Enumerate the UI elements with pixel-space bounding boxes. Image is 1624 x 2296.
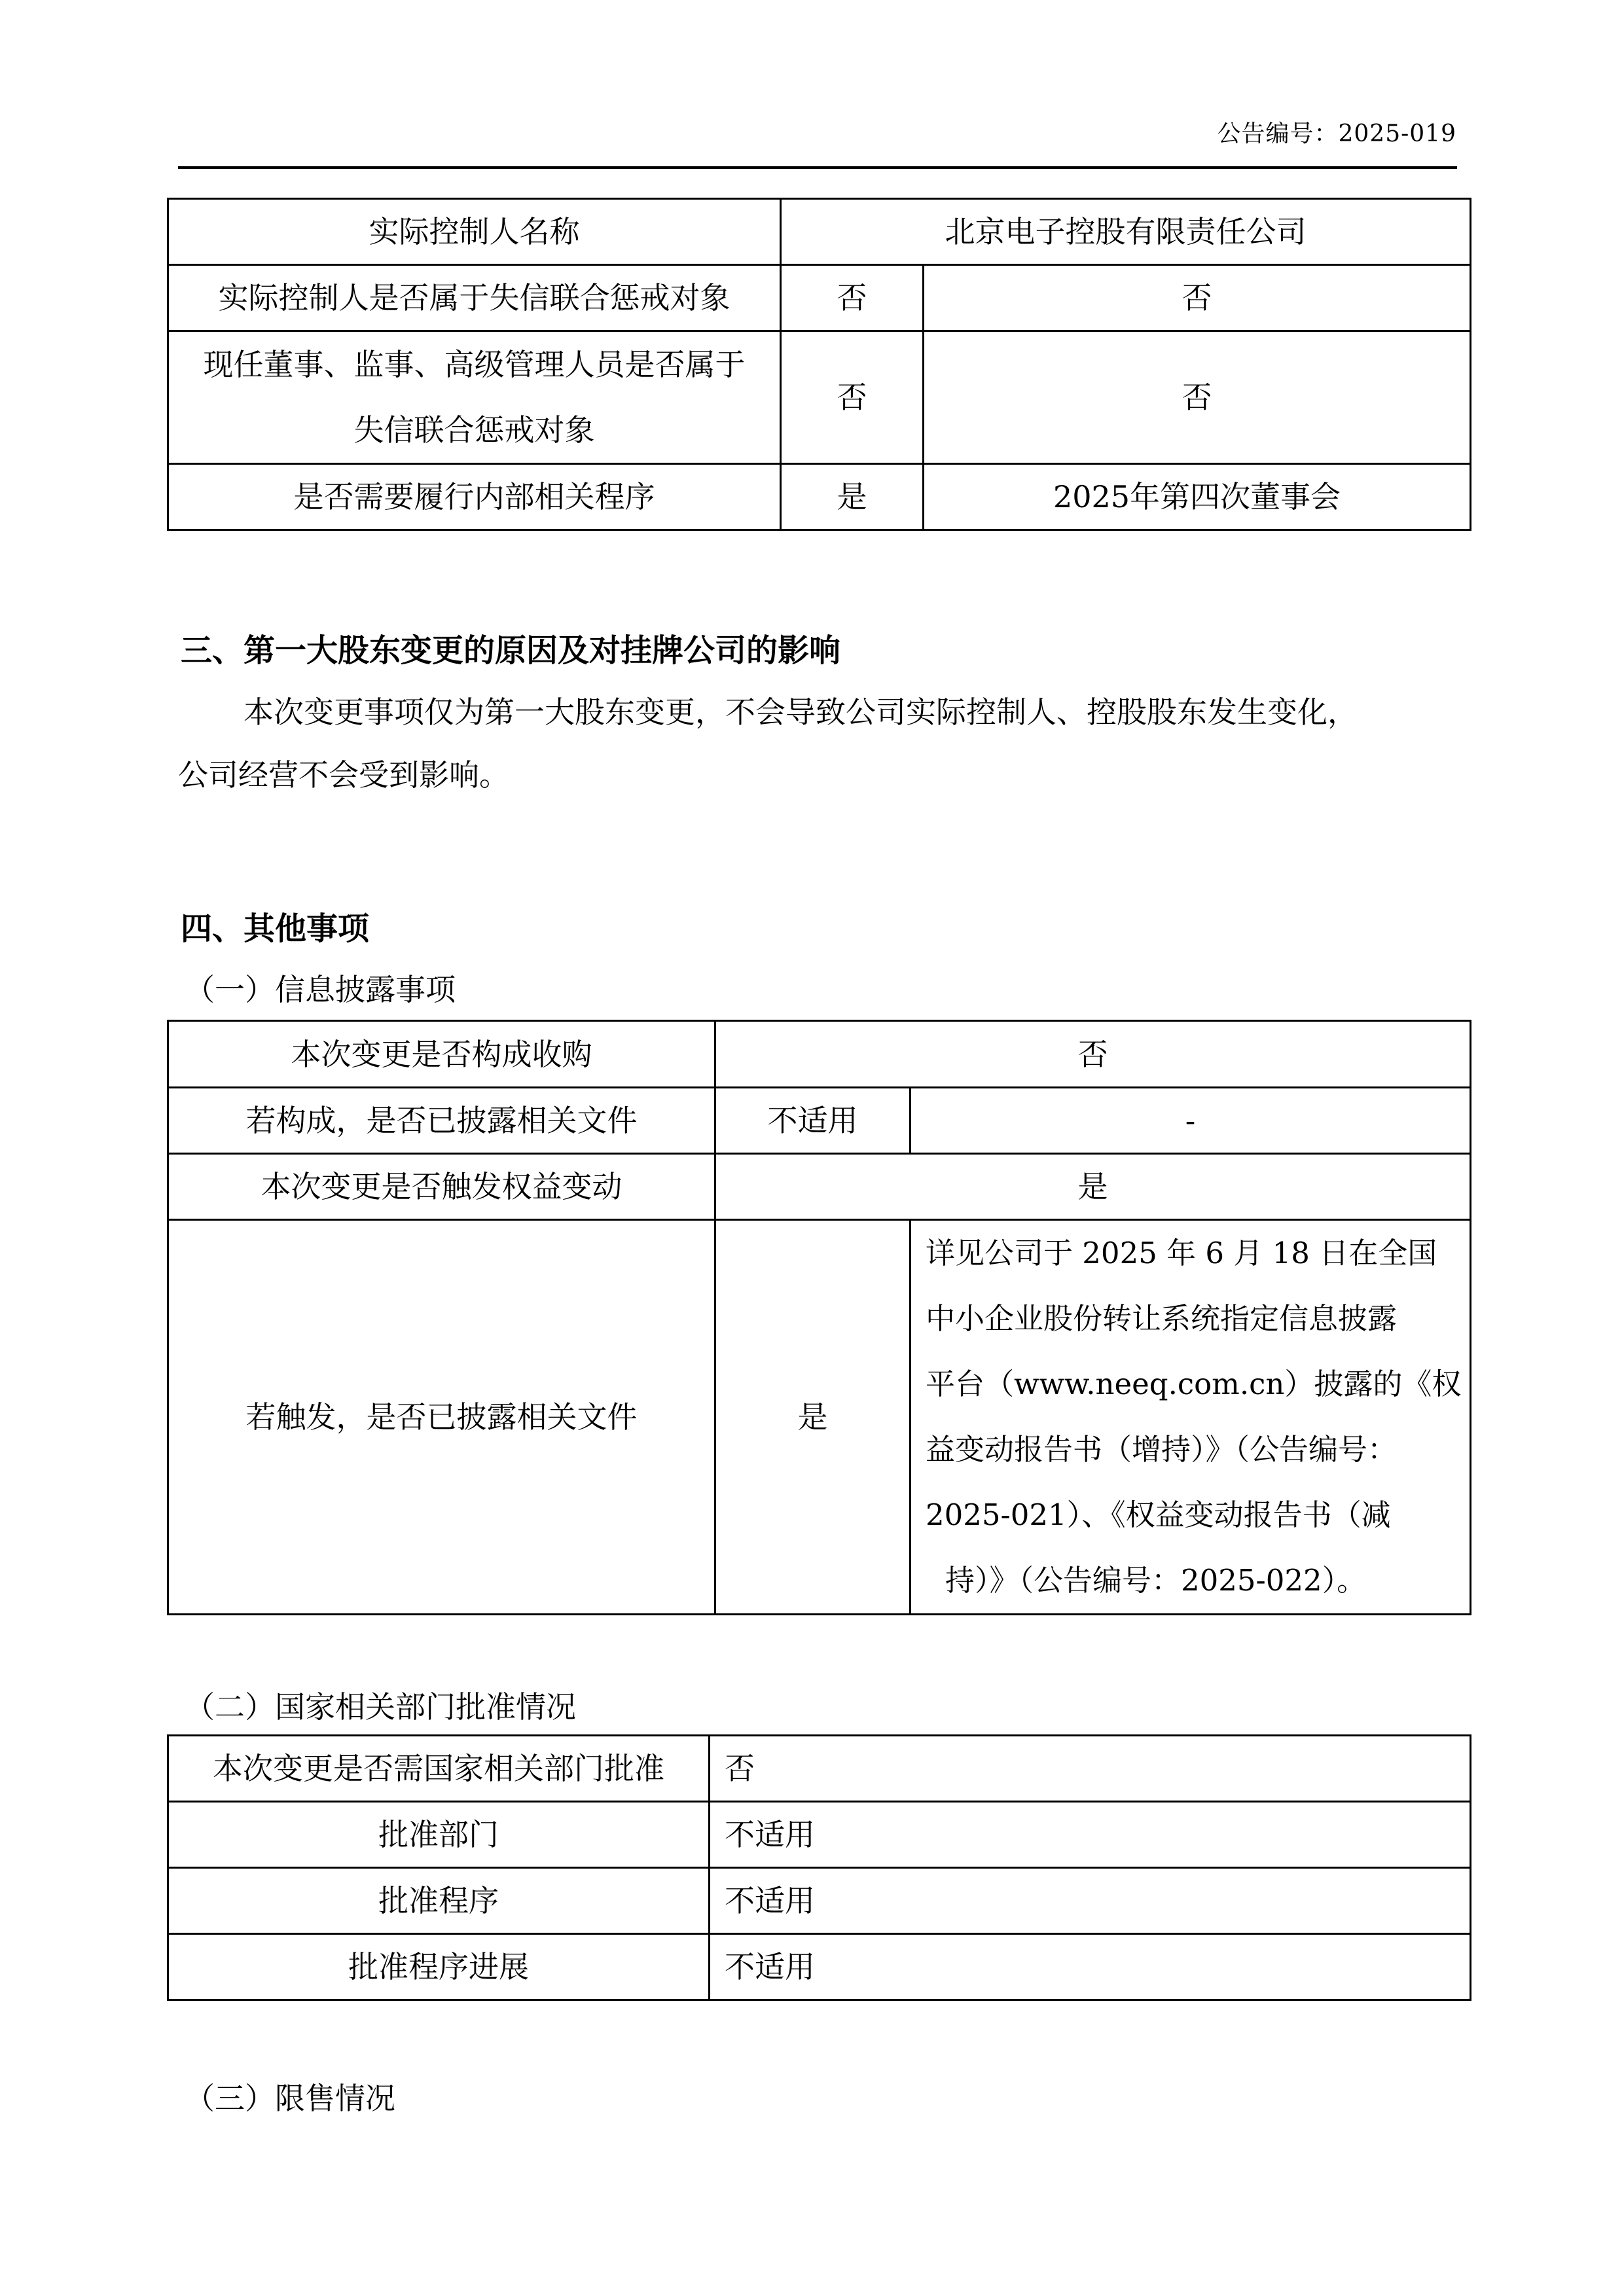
table-row: 若构成，是否已披露相关文件 不适用 - xyxy=(168,1088,1471,1154)
row-value: 否 xyxy=(710,1736,1471,1802)
table-row: 本次变更是否触发权益变动 是 xyxy=(168,1154,1471,1220)
row-value: - xyxy=(911,1088,1471,1154)
announcement-number: 公告编号：2025-019 xyxy=(1218,115,1457,149)
sub2-title: （二）国家相关部门批准情况 xyxy=(185,1683,576,1727)
row-flag: 是 xyxy=(715,1220,911,1615)
table-row: 是否需要履行内部相关程序 是 2025年第四次董事会 xyxy=(168,464,1471,530)
section3-paragraph: 本次变更事项仅为第一大股东变更，不会导致公司实际控制人、控股股东发生变化， 公司… xyxy=(178,681,1461,806)
row-label: 本次变更是否构成收购 xyxy=(168,1021,715,1088)
sub1-title: （一）信息披露事项 xyxy=(185,966,456,1009)
row-label: 批准程序 xyxy=(168,1868,710,1934)
paragraph-line: 本次变更事项仅为第一大股东变更，不会导致公司实际控制人、控股股东发生变化， xyxy=(178,681,1461,744)
value-line: 中小企业股份转让系统指定信息披露 xyxy=(926,1286,1458,1352)
row-value: 不适用 xyxy=(710,1802,1471,1868)
table-row: 本次变更是否需国家相关部门批准 否 xyxy=(168,1736,1471,1802)
value-line: 持）》（公告编号：2025-022）。 xyxy=(926,1548,1458,1613)
table-row: 批准部门 不适用 xyxy=(168,1802,1471,1868)
value-line: 2025-021）、《权益变动报告书（减 xyxy=(926,1482,1458,1548)
row-label: 是否需要履行内部相关程序 xyxy=(168,464,781,530)
row-label: 若构成，是否已披露相关文件 xyxy=(168,1088,715,1154)
table-row: 若触发，是否已披露相关文件 是 详见公司于 2025 年 6 月 18 日在全国… xyxy=(168,1220,1471,1615)
section3-heading: 三、第一大股东变更的原因及对挂牌公司的影响 xyxy=(181,625,840,670)
row-label-line: 失信联合惩戒对象 xyxy=(174,397,774,463)
table-row: 本次变更是否构成收购 否 xyxy=(168,1021,1471,1088)
table-row: 实际控制人是否属于失信联合惩戒对象 否 否 xyxy=(168,265,1471,331)
row-value: 否 xyxy=(924,331,1471,464)
row-label: 若触发，是否已披露相关文件 xyxy=(168,1220,715,1615)
row-label: 本次变更是否需国家相关部门批准 xyxy=(168,1736,710,1802)
table-row: 批准程序 不适用 xyxy=(168,1868,1471,1934)
row-flag: 否 xyxy=(781,331,924,464)
row-label: 批准程序进展 xyxy=(168,1934,710,2000)
row-value: 2025年第四次董事会 xyxy=(924,464,1471,530)
value-line: 详见公司于 2025 年 6 月 18 日在全国 xyxy=(926,1221,1458,1286)
value-line: 平台（www.neeq.com.cn）披露的《权 xyxy=(926,1352,1458,1417)
row-value: 详见公司于 2025 年 6 月 18 日在全国 中小企业股份转让系统指定信息披… xyxy=(911,1220,1471,1615)
row-label: 实际控制人是否属于失信联合惩戒对象 xyxy=(168,265,781,331)
table-row: 批准程序进展 不适用 xyxy=(168,1934,1471,2000)
header-rule xyxy=(178,166,1457,169)
row-value: 否 xyxy=(715,1021,1471,1088)
row-value: 北京电子控股有限责任公司 xyxy=(781,199,1471,265)
row-label: 批准部门 xyxy=(168,1802,710,1868)
controller-table: 实际控制人名称 北京电子控股有限责任公司 实际控制人是否属于失信联合惩戒对象 否… xyxy=(167,198,1471,531)
disclosure-table: 本次变更是否构成收购 否 若构成，是否已披露相关文件 不适用 - 本次变更是否触… xyxy=(167,1020,1471,1615)
table-row: 实际控制人名称 北京电子控股有限责任公司 xyxy=(168,199,1471,265)
row-value: 是 xyxy=(715,1154,1471,1220)
paragraph-line: 公司经营不会受到影响。 xyxy=(178,744,1461,806)
row-value: 不适用 xyxy=(710,1934,1471,2000)
table-row: 现任董事、监事、高级管理人员是否属于失信联合惩戒对象 否 否 xyxy=(168,331,1471,464)
row-label: 本次变更是否触发权益变动 xyxy=(168,1154,715,1220)
row-label: 实际控制人名称 xyxy=(168,199,781,265)
sub3-title: （三）限售情况 xyxy=(185,2075,395,2118)
row-flag: 否 xyxy=(781,265,924,331)
row-label: 现任董事、监事、高级管理人员是否属于失信联合惩戒对象 xyxy=(168,331,781,464)
row-flag: 不适用 xyxy=(715,1088,911,1154)
row-value: 不适用 xyxy=(710,1868,1471,1934)
row-value: 否 xyxy=(924,265,1471,331)
row-flag: 是 xyxy=(781,464,924,530)
approval-table: 本次变更是否需国家相关部门批准 否 批准部门 不适用 批准程序 不适用 批准程序… xyxy=(167,1734,1471,2001)
value-line: 益变动报告书（增持）》（公告编号： xyxy=(926,1417,1458,1482)
section4-heading: 四、其他事项 xyxy=(181,903,369,948)
row-label-line: 现任董事、监事、高级管理人员是否属于 xyxy=(174,332,774,397)
